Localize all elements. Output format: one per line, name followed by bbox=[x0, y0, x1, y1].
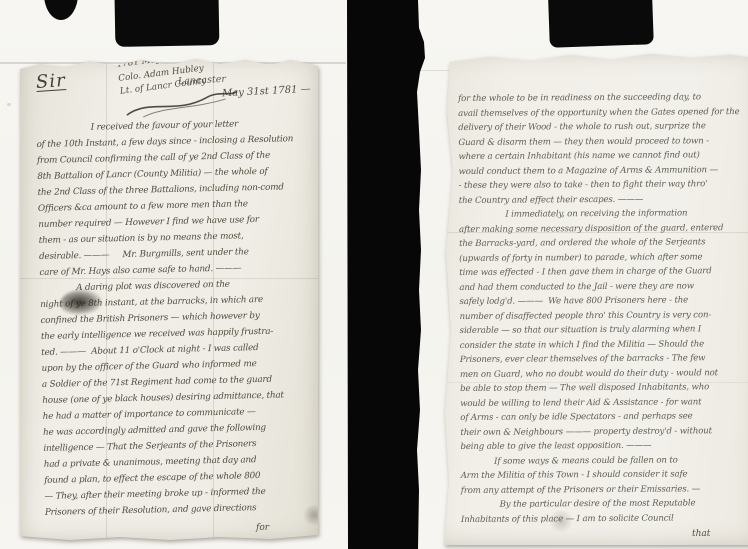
scanned-document-image: Sir 1781 May 31st ~ from Colo. Adam Hubl… bbox=[0, 0, 748, 549]
manuscript-line: Guard & disarm them — they then would pr… bbox=[458, 133, 748, 150]
catchword-left: for bbox=[256, 523, 269, 533]
smudge-mark bbox=[302, 505, 326, 525]
film-mark-blob bbox=[44, 0, 78, 20]
manuscript-line: delivery of their Wood - the whole to ru… bbox=[458, 119, 748, 136]
manuscript-line: - these they were also to take - then to… bbox=[459, 177, 748, 194]
right-page-paper: for the whole to be in readiness on the … bbox=[430, 52, 748, 545]
left-page-paper: Sir 1781 May 31st ~ from Colo. Adam Hubl… bbox=[20, 57, 318, 541]
salutation: Sir bbox=[35, 70, 66, 93]
left-page: Sir 1781 May 31st ~ from Colo. Adam Hubl… bbox=[20, 57, 318, 541]
film-mark-square-right bbox=[548, 0, 654, 48]
manuscript-line: the Barracks-yard, and ordered the whole… bbox=[459, 235, 748, 252]
film-speck bbox=[7, 103, 11, 106]
right-page-body: for the whole to be in readiness on the … bbox=[458, 90, 748, 527]
catchword-right: that bbox=[692, 529, 710, 539]
manuscript-line: be able to stop them — The well disposed… bbox=[460, 380, 748, 397]
manuscript-line: their own & Neighbours ——— property dest… bbox=[460, 423, 748, 440]
manuscript-line: Inhabitants of this place — I am to soli… bbox=[461, 510, 748, 527]
manuscript-line: number of disaffected people thro' this … bbox=[460, 307, 748, 324]
left-page-body: I received the favour of your letterof t… bbox=[36, 115, 321, 521]
film-mark-square-left bbox=[114, 0, 219, 47]
right-page: for the whole to be in readiness on the … bbox=[430, 52, 748, 545]
manuscript-line: Prisoners, ever clear themselves of the … bbox=[460, 351, 748, 368]
manuscript-line: time was effected - I then gave them in … bbox=[459, 264, 748, 281]
smudge-mark bbox=[548, 510, 574, 532]
film-strip bbox=[347, 0, 425, 549]
